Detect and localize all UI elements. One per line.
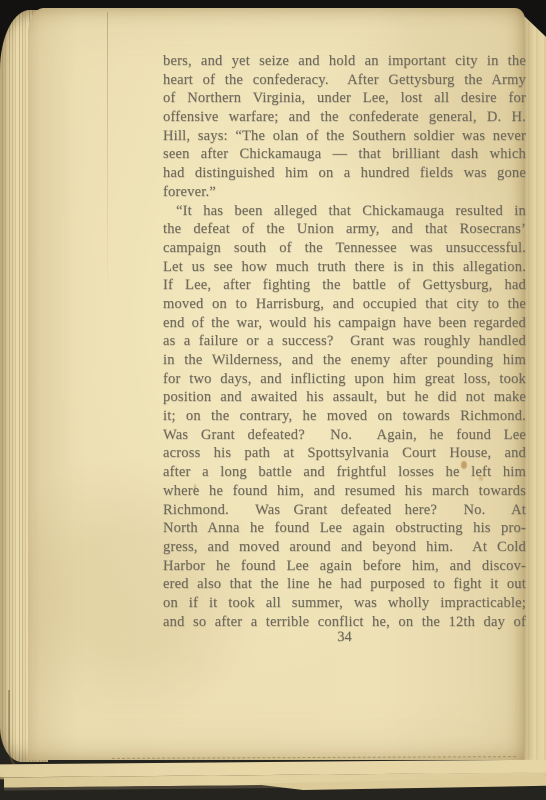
text-line: offensive warfare; and the confederate g… [163, 108, 526, 127]
text-line: Was Grant defeated? No. Again, he found … [163, 426, 526, 445]
right-fore-edge [524, 16, 546, 764]
text-line: bers, and yet seize and hold an importan… [163, 52, 526, 71]
text-line: for two days, and inflicting upon him gr… [163, 370, 526, 389]
page-text: bers, and yet seize and hold an importan… [163, 52, 526, 631]
text-line: position and awaited his assault, but he… [163, 388, 526, 407]
text-line: Richmond. Was Grant defeated here? No. A… [163, 501, 526, 520]
text-line: “It has been alleged that Chickamauga re… [163, 202, 526, 221]
text-line: heart of the confederacy. After Gettysbu… [163, 71, 526, 90]
text-line: on if it took all summer, was wholly imp… [163, 594, 526, 613]
text-line: in the Wilderness, and the enemy after p… [163, 351, 526, 370]
text-line: after a long battle and frightful losses… [163, 463, 526, 482]
text-line: Let us see how much truth there is in th… [163, 258, 526, 277]
text-line: Harbor he found Lee again before him, an… [163, 557, 526, 576]
text-line: If Lee, after fighting the battle of Get… [163, 276, 526, 295]
text-line: of Northern Virginia, under Lee, lost al… [163, 89, 526, 108]
text-line: gress, and moved around and beyond him. … [163, 538, 526, 557]
text-line: North Anna he found Lee again obstructin… [163, 519, 526, 538]
text-line: seen after Chickamauga — that brilliant … [163, 145, 526, 164]
text-line: forever.” [163, 183, 526, 202]
text-line: as a failure or a success? Grant was rou… [163, 332, 526, 351]
text-line: end of the war, would his campaign have … [163, 314, 526, 333]
text-line: across his path at Spottsylvania Court H… [163, 444, 526, 463]
text-line: it; on the contrary, he moved on towards… [163, 407, 526, 426]
scanned-book-photo: bers, and yet seize and hold an importan… [0, 0, 546, 800]
text-line: ered also that the line he had purposed … [163, 575, 526, 594]
text-line: had distinguished him on a hundred field… [163, 164, 526, 183]
text-line: the defeat of the Union army, and that R… [163, 220, 526, 239]
text-line: where he found him, and resumed his marc… [163, 482, 526, 501]
text-line: Hill, says: “The olan of the Southern so… [163, 127, 526, 146]
page-fold-crease [107, 12, 108, 302]
text-line: moved on to Harrisburg, and occupied tha… [163, 295, 526, 314]
text-line: campaign south of the Tennessee was unsu… [163, 239, 526, 258]
page-number: 34 [163, 629, 526, 646]
